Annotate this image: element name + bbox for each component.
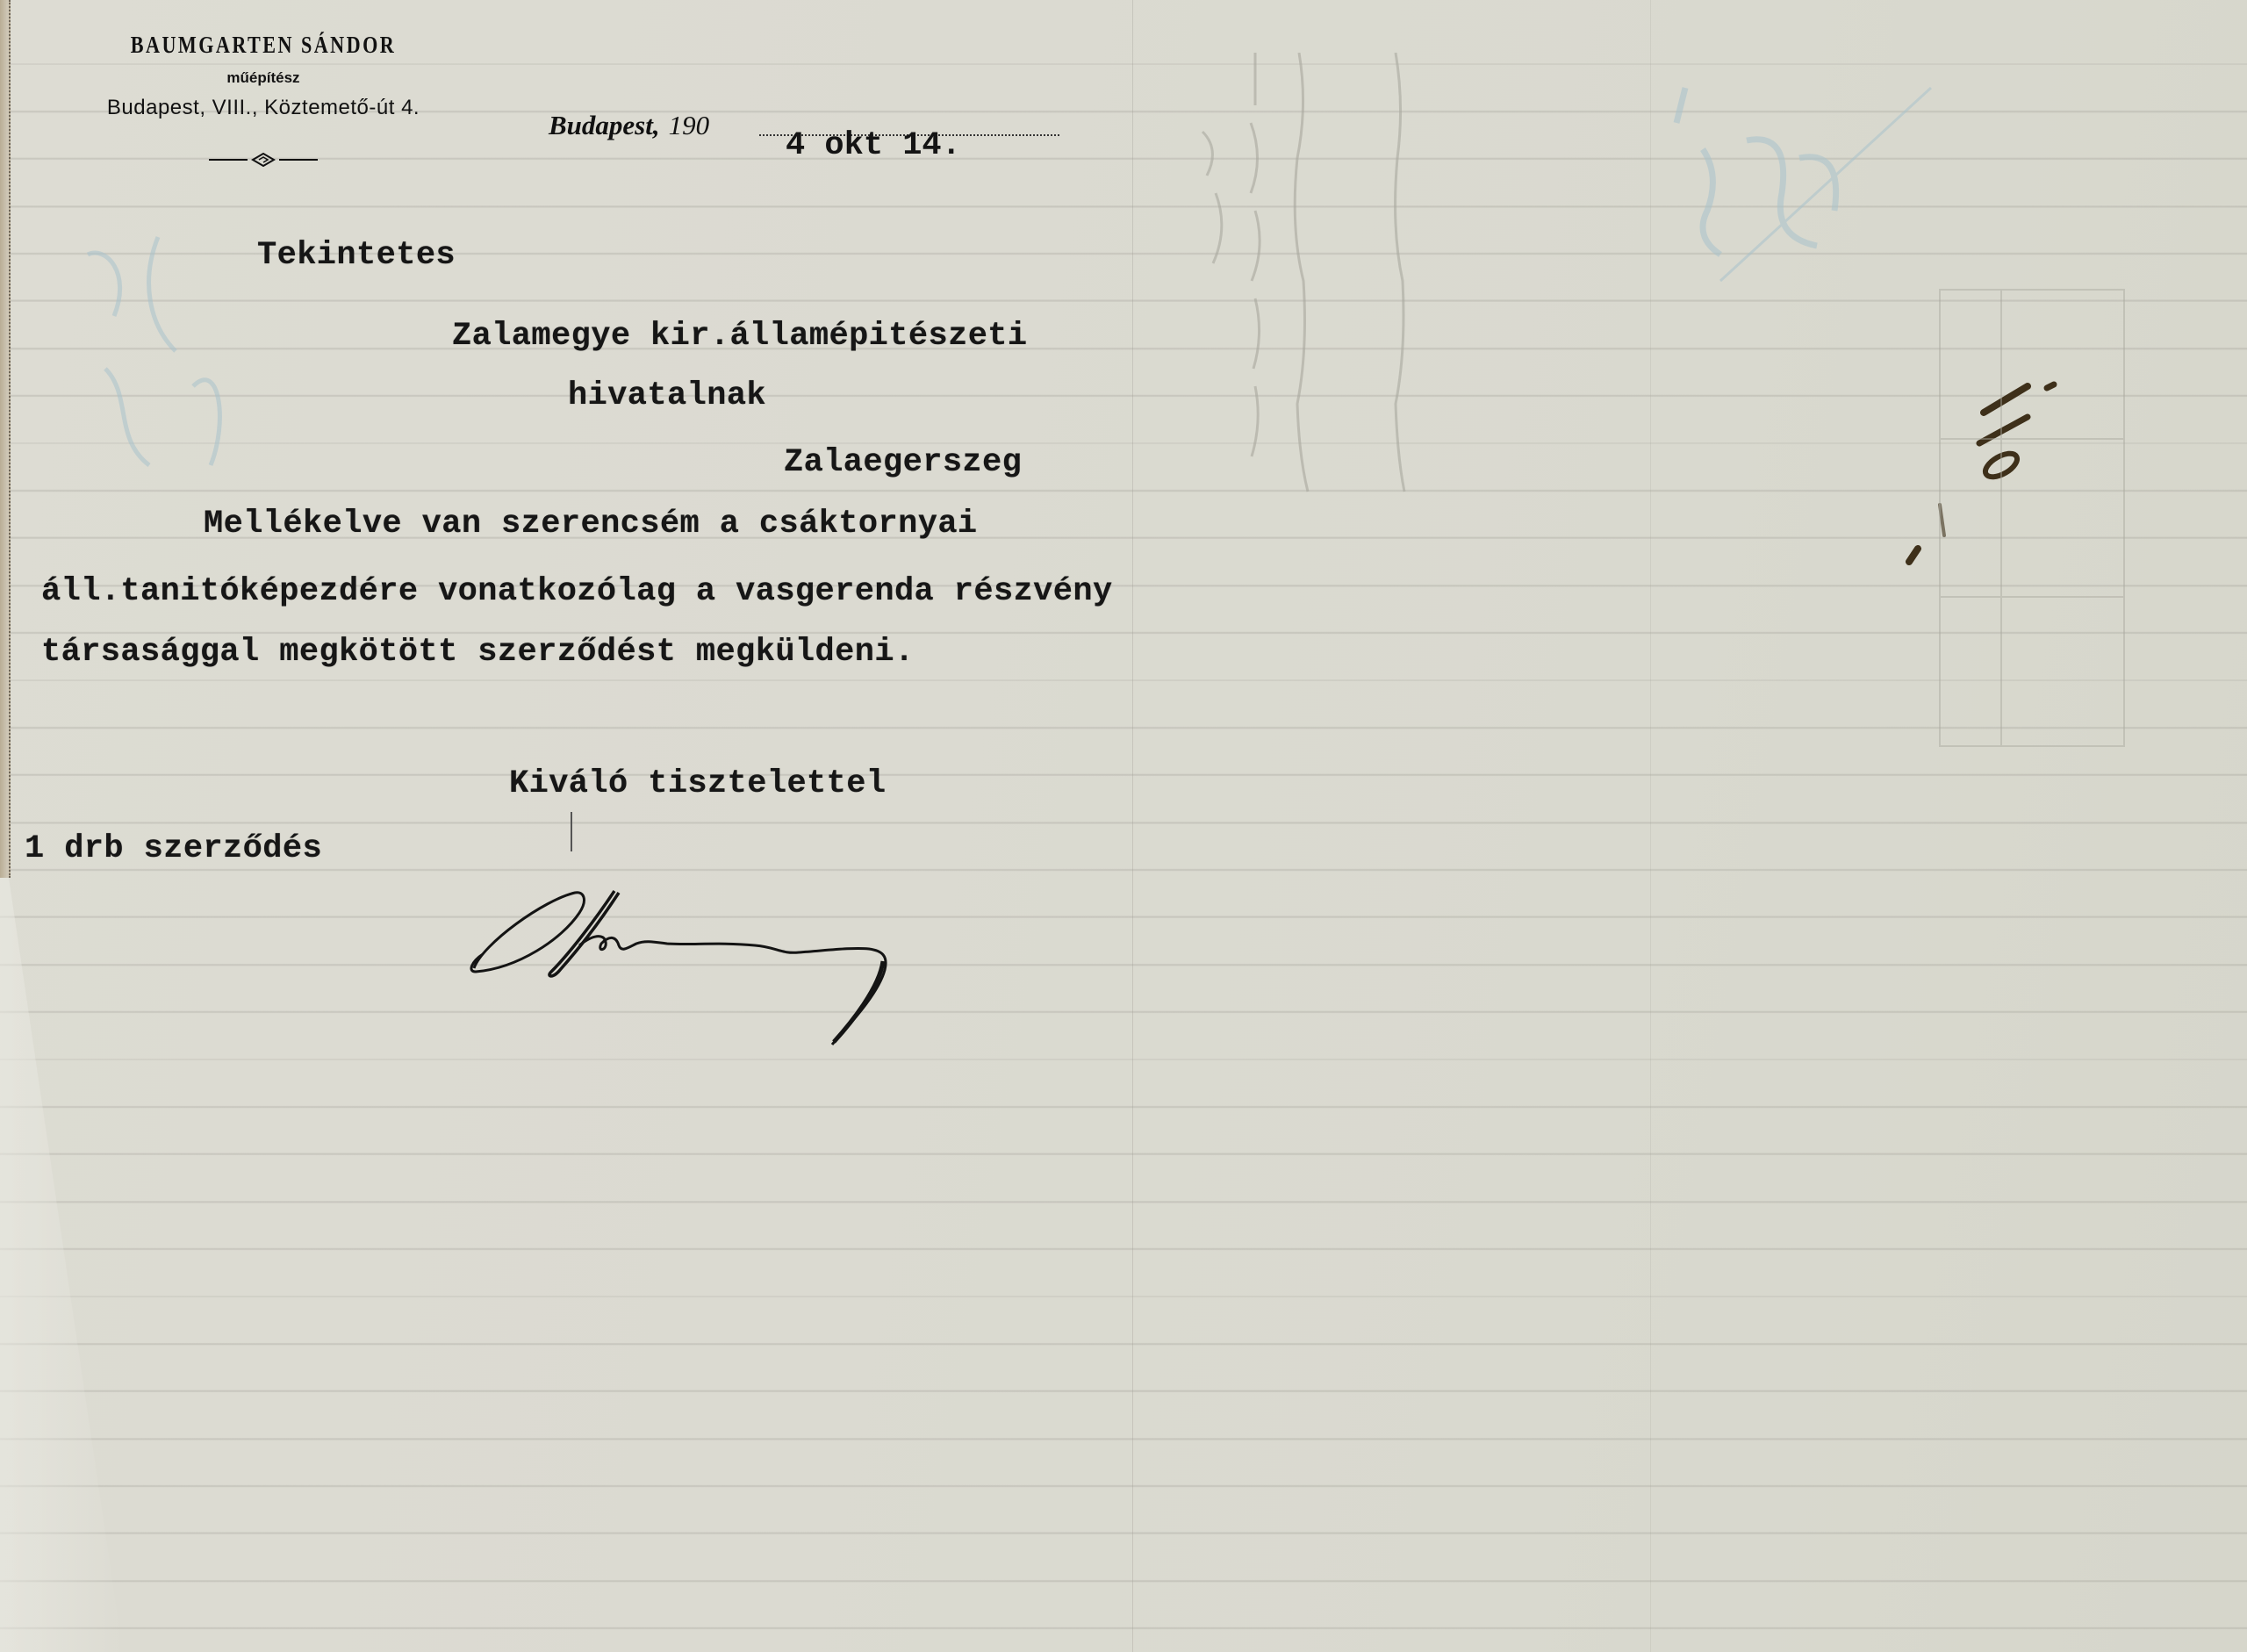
body-line-1: Mellékelve van szerencsém a csáktornyai <box>204 506 978 542</box>
body-line-3: társasággal megkötött szerződést megküld… <box>41 634 915 671</box>
letterhead: BAUMGARTEN SÁNDOR műépítész Budapest, VI… <box>79 32 448 120</box>
faint-table-grid <box>1913 263 2142 790</box>
recipient-office-line2: hivatalnak <box>568 377 766 414</box>
pencil-notes <box>1167 53 1536 509</box>
letterhead-name: BAUMGARTEN SÁNDOR <box>112 32 414 59</box>
date-typed: 4 okt 14. <box>786 127 961 164</box>
signature <box>465 873 957 1049</box>
date-year-prefix: 190 <box>669 110 710 140</box>
date-place: Budapest, <box>549 110 660 140</box>
blue-pencil-mark <box>53 219 281 509</box>
body-line-2: áll.tanitóképezdére vonatkozólag a vasge… <box>41 573 1113 610</box>
vertical-rule <box>1650 0 1651 1652</box>
salutation: Tekintetes <box>257 237 456 274</box>
vertical-rule <box>1132 0 1133 1652</box>
enclosure: 1 drb szerződés <box>25 830 322 867</box>
closing: Kiváló tisztelettel <box>509 765 886 802</box>
letterhead-address: Budapest, VIII., Köztemető-út 4. <box>79 96 448 120</box>
recipient-office-line1: Zalamegye kir.államépitészeti <box>452 318 1028 355</box>
recipient-city: Zalaegerszeg <box>784 444 1022 481</box>
paper-left-edge <box>0 0 11 878</box>
ornament-icon <box>209 153 318 167</box>
letterhead-title: műépítész <box>79 69 448 87</box>
dateline: Budapest,190 4 okt 14. <box>549 110 709 141</box>
pencil-tick <box>571 812 572 851</box>
